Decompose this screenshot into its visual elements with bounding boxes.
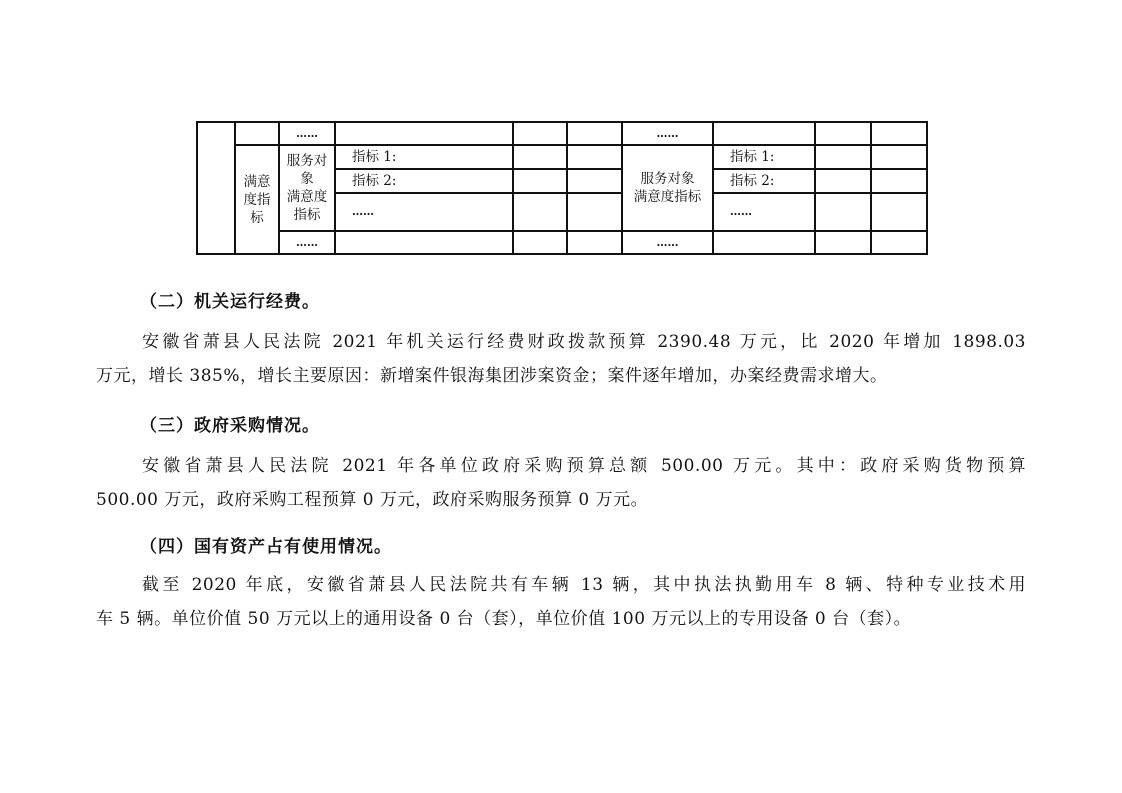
subcategory-service-satisfaction: 服务对 象 满意度 指标 — [279, 145, 335, 231]
table-cell-empty — [513, 193, 567, 231]
table-cell-empty — [567, 169, 622, 193]
paragraph-line: 万元，增长 385%，增长主要原因：新增案件银海集团涉案资金；案件逐年增加，办案… — [96, 359, 1026, 393]
paragraph-procurement: 安徽省萧县人民法院 2021 年各单位政府采购预算总额 500.00 万元。其中… — [96, 449, 1026, 517]
table-cell-empty — [197, 122, 235, 254]
indicator-2: 指标 2: — [335, 169, 513, 193]
table-cell-empty — [871, 122, 927, 145]
table-cell-empty — [871, 231, 927, 254]
table-cell-empty — [567, 145, 622, 169]
indicator-1: 指标 1: — [335, 145, 513, 169]
paragraph-line: 安徽省萧县人民法院 2021 年各单位政府采购预算总额 500.00 万元。其中… — [96, 449, 1026, 483]
subcategory-line: 服务对象 — [623, 170, 712, 188]
paragraph-operating-expenses: 安徽省萧县人民法院 2021 年机关运行经费财政拨款预算 2390.48 万元，… — [96, 325, 1026, 393]
table-cell-empty — [815, 169, 871, 193]
table-cell-empty — [567, 193, 622, 231]
section-heading-procurement: （三）政府采购情况。 — [140, 411, 320, 436]
indicator-1-right: 指标 1: — [713, 145, 815, 169]
section-heading-operating-expenses: （二）机关运行经费。 — [140, 287, 320, 312]
table-cell-empty — [871, 193, 927, 231]
indicator-2-right: 指标 2: — [713, 169, 815, 193]
paragraph-line: 截至 2020 年底，安徽省萧县人民法院共有车辆 13 辆，其中执法执勤用车 8… — [96, 568, 1026, 602]
table-cell-empty — [513, 145, 567, 169]
table-cell-empty — [513, 231, 567, 254]
table-cell-empty — [815, 193, 871, 231]
paragraph-line: 安徽省萧县人民法院 2021 年机关运行经费财政拨款预算 2390.48 万元，… — [96, 325, 1026, 359]
table-cell-ellipsis: …… — [279, 122, 335, 145]
table-cell-empty — [713, 122, 815, 145]
subcategory-line: 满意度 — [280, 188, 334, 206]
table-cell-ellipsis: …… — [622, 231, 713, 254]
subcategory-service-satisfaction-right: 服务对象 满意度指标 — [622, 145, 713, 231]
table-cell-empty — [815, 122, 871, 145]
table-cell-empty — [815, 231, 871, 254]
table-cell-empty — [871, 169, 927, 193]
table-cell-empty — [871, 145, 927, 169]
indicator-more-right: …… — [713, 193, 815, 231]
category-line: 满意 — [236, 173, 278, 191]
subcategory-line: 象 — [280, 170, 334, 188]
table-cell-empty — [567, 231, 622, 254]
section-heading-state-assets: （四）国有资产占有使用情况。 — [140, 532, 392, 557]
table-cell-empty — [567, 122, 622, 145]
paragraph-line: 车 5 辆。单位价值 50 万元以上的通用设备 0 台（套），单位价值 100 … — [96, 602, 1026, 636]
table-cell-ellipsis: …… — [622, 122, 713, 145]
table-cell-empty — [713, 231, 815, 254]
table-cell-empty — [335, 122, 513, 145]
category-line: 度指 — [236, 191, 278, 209]
performance-indicator-table: …… …… 满意 度指 标 服务对 象 满意度 指标 指标 1: 服务对象 满意… — [196, 121, 928, 255]
indicator-more: …… — [335, 193, 513, 231]
table-cell-ellipsis: …… — [279, 231, 335, 254]
category-line: 标 — [236, 209, 278, 227]
table-cell-empty — [815, 145, 871, 169]
subcategory-line: 满意度指标 — [623, 188, 712, 206]
table-cell-empty — [513, 169, 567, 193]
table-cell-empty — [235, 122, 279, 145]
table-cell-empty — [335, 231, 513, 254]
table-cell-empty — [513, 122, 567, 145]
category-satisfaction-indicator: 满意 度指 标 — [235, 145, 279, 254]
subcategory-line: 服务对 — [280, 152, 334, 170]
paragraph-line: 500.00 万元，政府采购工程预算 0 万元，政府采购服务预算 0 万元。 — [96, 483, 1026, 517]
paragraph-state-assets: 截至 2020 年底，安徽省萧县人民法院共有车辆 13 辆，其中执法执勤用车 8… — [96, 568, 1026, 636]
subcategory-line: 指标 — [280, 206, 334, 224]
